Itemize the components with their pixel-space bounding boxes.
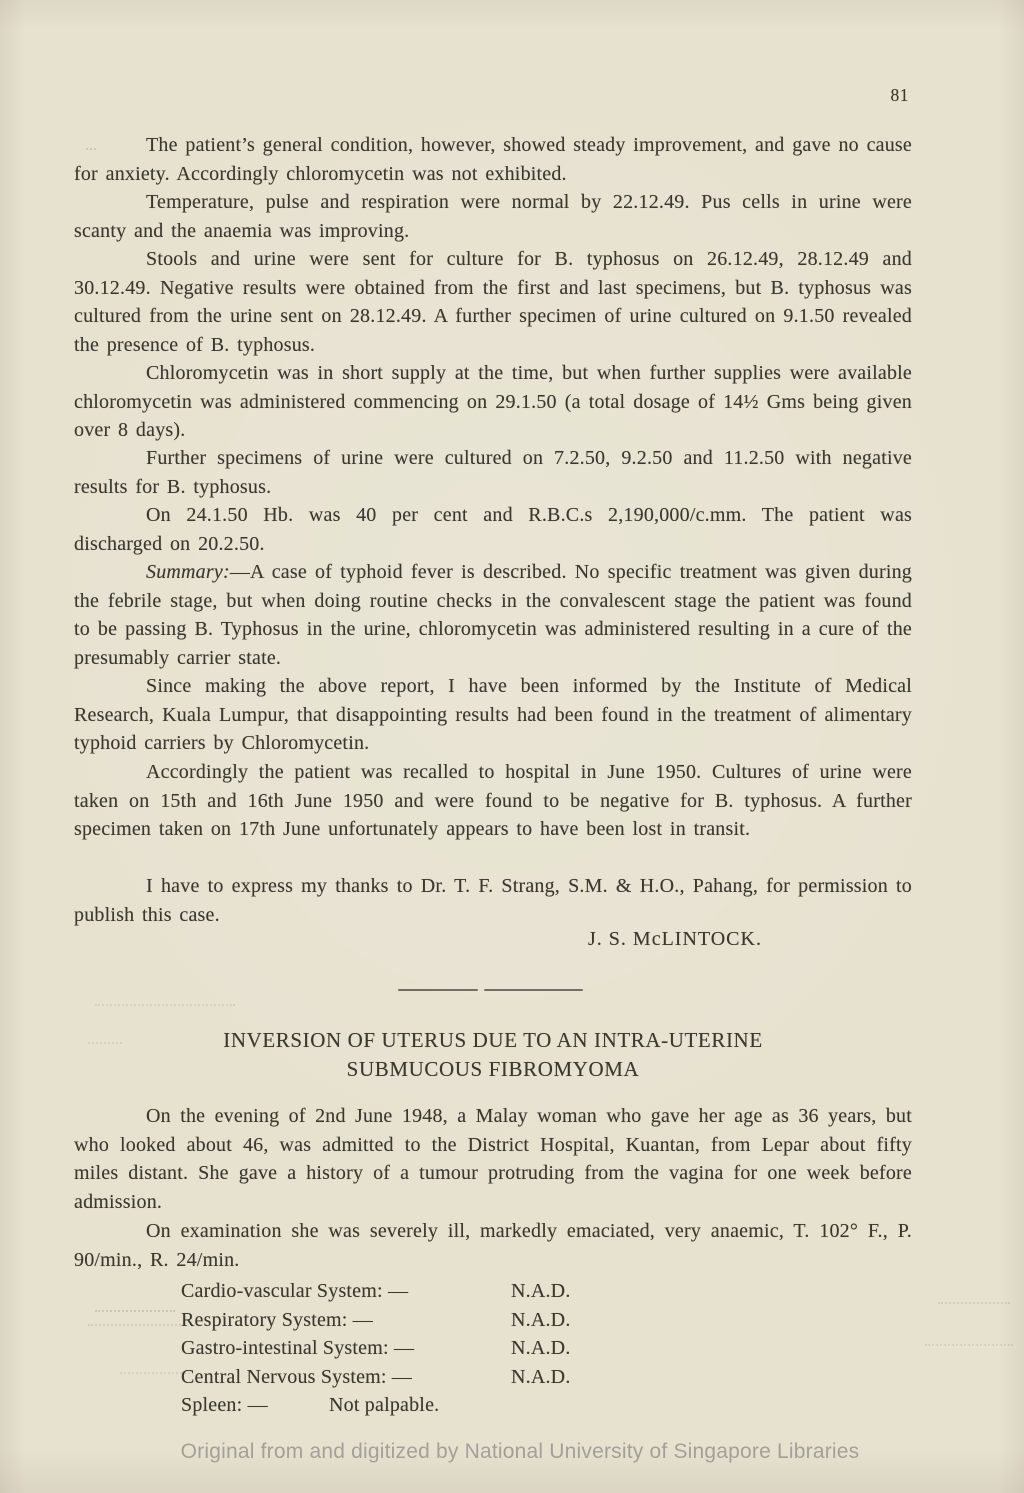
scan-artifact [95, 1004, 235, 1006]
article-title-line2: SUBMUCOUS FIBROMYOMA [74, 1055, 912, 1084]
fibromyoma-paragraph: On examination she was severely ill, mar… [74, 1217, 912, 1274]
scan-artifact [925, 1344, 1013, 1346]
scan-artifact [938, 1302, 1010, 1304]
scan-artifact [88, 1324, 184, 1326]
fibromyoma-paragraph: On the evening of 2nd June 1948, a Malay… [74, 1102, 912, 1216]
typhoid-summary-paragraph: Summary:—A case of typhoid fever is desc… [74, 558, 912, 672]
author-signature: J. S. McLINTOCK. [588, 928, 762, 951]
exam-label: Gastro-intestinal System: — [181, 1334, 511, 1363]
typhoid-paragraph: Further specimens of urine were cultured… [74, 444, 912, 501]
summary-label: Summary: [146, 561, 230, 583]
typhoid-paragraph: On 24.1.50 Hb. was 40 per cent and R.B.C… [74, 501, 912, 558]
examination-findings-list: Cardio-vascular System: — N.A.D. Respira… [74, 1277, 912, 1420]
digitization-credit: Original from and digitized by National … [8, 1440, 1024, 1464]
typhoid-paragraph: Chloromycetin was in short supply at the… [74, 359, 912, 445]
article-title-line1: INVERSION OF UTERUS DUE TO AN INTRA-UTER… [74, 1026, 912, 1055]
typhoid-paragraph: I have to express my thanks to Dr. T. F.… [74, 872, 912, 929]
exam-row-central-nervous: Central Nervous System: — N.A.D. [74, 1363, 912, 1392]
article-title: INVERSION OF UTERUS DUE TO AN INTRA-UTER… [74, 1026, 912, 1084]
typhoid-paragraph: Accordingly the patient was recalled to … [74, 758, 912, 844]
scan-artifact [88, 1042, 122, 1044]
scan-artifact [95, 1310, 175, 1312]
typhoid-paragraph: Stools and urine were sent for culture f… [74, 245, 912, 359]
typhoid-paragraph: The patient’s general condition, however… [74, 131, 912, 188]
page-number: 81 [891, 85, 910, 106]
exam-value: N.A.D. [511, 1277, 571, 1306]
exam-row-spleen: Spleen: — Not palpable. [74, 1391, 912, 1420]
exam-value: N.A.D. [511, 1363, 571, 1392]
scan-artifact [120, 1372, 190, 1374]
exam-row-respiratory: Respiratory System: — N.A.D. [74, 1306, 912, 1335]
scan-artifact [86, 148, 96, 150]
exam-label: Cardio-vascular System: — [181, 1277, 511, 1306]
exam-row-cardiovascular: Cardio-vascular System: — N.A.D. [74, 1277, 912, 1306]
exam-label: Respiratory System: — [181, 1306, 511, 1335]
exam-value: Not palpable. [329, 1391, 439, 1420]
typhoid-paragraph: Since making the above report, I have be… [74, 672, 912, 758]
divider-dash [398, 989, 478, 991]
scanned-journal-page: 81 The patient’s general condition, howe… [0, 0, 1024, 1493]
exam-label: Central Nervous System: — [181, 1363, 511, 1392]
exam-value: N.A.D. [511, 1334, 571, 1363]
typhoid-paragraph: Temperature, pulse and respiration were … [74, 188, 912, 245]
exam-label: Spleen: — [181, 1391, 329, 1420]
exam-row-gastrointestinal: Gastro-intestinal System: — N.A.D. [74, 1334, 912, 1363]
exam-value: N.A.D. [511, 1306, 571, 1335]
divider-dash [484, 989, 583, 991]
section-divider [398, 989, 583, 991]
